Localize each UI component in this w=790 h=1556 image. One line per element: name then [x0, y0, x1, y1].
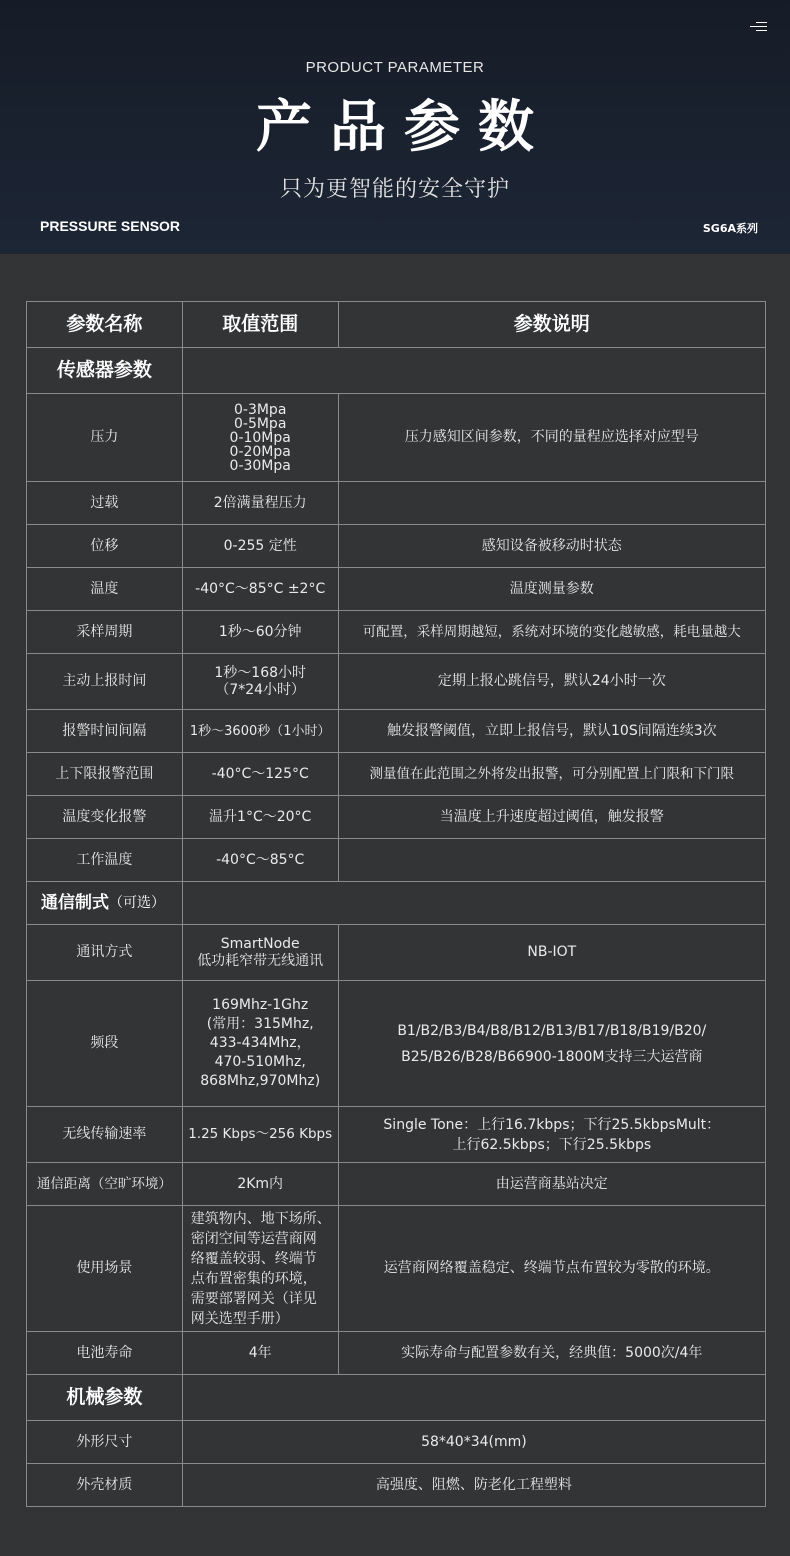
- param-desc: NB-IOT: [339, 925, 766, 980]
- table-row: 通信距离（空旷环境） 2Km内 由运营商基站决定: [27, 1163, 766, 1206]
- range-line: 0-10Mpa: [230, 431, 291, 445]
- range-line: 需要部署网关（详见: [191, 1289, 317, 1309]
- param-desc: B1/B2/B3/B4/B8/B12/B13/B17/B18/B19/B20/ …: [339, 981, 766, 1106]
- param-desc: 当温度上升速度超过阈值，触发报警: [339, 796, 766, 838]
- product-type-label: PRESSURE SENSOR: [40, 218, 180, 234]
- range-line: 1秒～168小时: [214, 665, 306, 682]
- parameter-table: 参数名称 取值范围 参数说明 传感器参数 压力 0-3Mpa 0-5Mpa 0-…: [26, 301, 766, 1507]
- param-range: 1秒～168小时 （7*24小时）: [183, 654, 339, 709]
- param-desc: 测量值在此范围之外将发出报警，可分别配置上门限和下门限: [339, 753, 766, 795]
- section-title: 通信制式（可选）: [27, 882, 183, 924]
- param-range: -40°C～85°C ±2°C: [183, 568, 339, 610]
- hero-banner: PRODUCT PARAMETER 产品参数 只为更智能的安全守护 PRESSU…: [0, 0, 790, 254]
- range-line: SmartNode: [221, 936, 300, 953]
- param-desc: 压力感知区间参数，不同的量程应选择对应型号: [339, 394, 766, 481]
- range-line: 0-5Mpa: [234, 417, 286, 431]
- section-title-text: 通信制式: [41, 895, 109, 912]
- range-line: 网关选型手册）: [191, 1309, 289, 1329]
- page-title: 产品参数: [0, 95, 790, 161]
- header-param-desc: 参数说明: [339, 302, 766, 347]
- param-name: 上下限报警范围: [27, 753, 183, 795]
- desc-line: Single Tone：上行16.7kbps；下行25.5kbpsMult：: [383, 1115, 720, 1135]
- param-name: 通信距离（空旷环境）: [27, 1163, 183, 1205]
- param-range: 1.25 Kbps～256 Kbps: [183, 1107, 339, 1162]
- param-desc: 运营商网络覆盖稳定、终端节点布置较为零散的环境。: [339, 1206, 766, 1331]
- param-range: 温升1°C～20°C: [183, 796, 339, 838]
- param-range: 4年: [183, 1332, 339, 1374]
- param-name: 工作温度: [27, 839, 183, 881]
- param-name: 位移: [27, 525, 183, 567]
- param-range: 0-3Mpa 0-5Mpa 0-10Mpa 0-20Mpa 0-30Mpa: [183, 394, 339, 481]
- param-range: 1秒～3600秒（1小时）: [183, 710, 339, 752]
- param-desc: [339, 839, 766, 881]
- hamburger-menu-icon[interactable]: [750, 20, 768, 32]
- param-name: 电池寿命: [27, 1332, 183, 1374]
- param-desc: [339, 482, 766, 524]
- desc-line: 上行62.5kbps；下行25.5kbps: [452, 1135, 651, 1155]
- range-line: (常用：315Mhz,: [207, 1015, 314, 1034]
- range-line: 点布置密集的环境，: [191, 1269, 317, 1289]
- table-row: 采样周期 1秒～60分钟 可配置，采样周期越短，系统对环境的变化越敏感，耗电量越…: [27, 611, 766, 654]
- table-row: 过载 2倍满量程压力: [27, 482, 766, 525]
- param-desc: 由运营商基站决定: [339, 1163, 766, 1205]
- range-line: 470-510Mhz,: [215, 1053, 306, 1072]
- table-row: 通讯方式 SmartNode 低功耗窄带无线通讯 NB-IOT: [27, 925, 766, 981]
- param-desc: 触发报警阈值，立即上报信号，默认10S间隔连续3次: [339, 710, 766, 752]
- section-sensor-params: 传感器参数: [27, 348, 766, 394]
- table-row: 报警时间间隔 1秒～3600秒（1小时） 触发报警阈值，立即上报信号，默认10S…: [27, 710, 766, 753]
- section-title-note: （可选）: [109, 895, 165, 912]
- param-name: 报警时间间隔: [27, 710, 183, 752]
- param-name: 采样周期: [27, 611, 183, 653]
- param-range: 2Km内: [183, 1163, 339, 1205]
- section-mechanical: 机械参数: [27, 1375, 766, 1421]
- desc-line: B1/B2/B3/B4/B8/B12/B13/B17/B18/B19/B20/: [397, 1018, 706, 1044]
- param-range: -40°C～125°C: [183, 753, 339, 795]
- param-name: 频段: [27, 981, 183, 1106]
- param-value: 高强度、阻燃、防老化工程塑料: [183, 1464, 766, 1506]
- table-row: 温度 -40°C～85°C ±2°C 温度测量参数: [27, 568, 766, 611]
- param-range: -40°C～85°C: [183, 839, 339, 881]
- section-title: 机械参数: [27, 1375, 183, 1420]
- param-desc: 可配置，采样周期越短，系统对环境的变化越敏感，耗电量越大: [339, 611, 766, 653]
- param-range: 2倍满量程压力: [183, 482, 339, 524]
- param-range: 0-255 定性: [183, 525, 339, 567]
- range-line: 0-20Mpa: [230, 445, 291, 459]
- section-communication: 通信制式（可选）: [27, 882, 766, 925]
- param-desc: 感知设备被移动时状态: [339, 525, 766, 567]
- range-line: 0-3Mpa: [234, 403, 286, 417]
- desc-line: B25/B26/B28/B66900-1800M支持三大运营商: [401, 1044, 702, 1070]
- table-header: 参数名称 取值范围 参数说明: [27, 302, 766, 348]
- param-desc: Single Tone：上行16.7kbps；下行25.5kbpsMult： 上…: [339, 1107, 766, 1162]
- range-line: 低功耗窄带无线通讯: [197, 953, 323, 970]
- param-name: 主动上报时间: [27, 654, 183, 709]
- param-name: 过载: [27, 482, 183, 524]
- hero-slogan: 只为更智能的安全守护: [0, 172, 790, 203]
- param-desc: 实际寿命与配置参数有关，经典值：5000次/4年: [339, 1332, 766, 1374]
- section-title: 传感器参数: [27, 348, 183, 393]
- table-row: 无线传输速率 1.25 Kbps～256 Kbps Single Tone：上行…: [27, 1107, 766, 1163]
- table-row: 外形尺寸 58*40*34(mm): [27, 1421, 766, 1464]
- range-line: 络覆盖较弱、终端节: [191, 1249, 317, 1269]
- range-line: 169Mhz-1Ghz: [212, 996, 308, 1015]
- param-value: 58*40*34(mm): [183, 1421, 766, 1463]
- param-range: 1秒～60分钟: [183, 611, 339, 653]
- table-row: 位移 0-255 定性 感知设备被移动时状态: [27, 525, 766, 568]
- param-name: 无线传输速率: [27, 1107, 183, 1162]
- param-range: SmartNode 低功耗窄带无线通讯: [183, 925, 339, 980]
- param-name: 温度变化报警: [27, 796, 183, 838]
- param-name: 外壳材质: [27, 1464, 183, 1506]
- range-line: 建筑物内、地下场所、: [191, 1209, 331, 1229]
- param-desc: 温度测量参数: [339, 568, 766, 610]
- table-row: 电池寿命 4年 实际寿命与配置参数有关，经典值：5000次/4年: [27, 1332, 766, 1375]
- range-line: 密闭空间等运营商网: [191, 1229, 317, 1249]
- table-row: 使用场景 建筑物内、地下场所、 密闭空间等运营商网 络覆盖较弱、终端节 点布置密…: [27, 1206, 766, 1332]
- header-value-range: 取值范围: [183, 302, 339, 347]
- table-row: 温度变化报警 温升1°C～20°C 当温度上升速度超过阈值，触发报警: [27, 796, 766, 839]
- table-row: 频段 169Mhz-1Ghz (常用：315Mhz, 433-434Mhz， 4…: [27, 981, 766, 1107]
- param-name: 压力: [27, 394, 183, 481]
- param-name: 温度: [27, 568, 183, 610]
- range-line: （7*24小时）: [215, 682, 305, 699]
- range-line: 433-434Mhz，: [210, 1034, 311, 1053]
- param-range: 建筑物内、地下场所、 密闭空间等运营商网 络覆盖较弱、终端节 点布置密集的环境，…: [183, 1206, 339, 1331]
- range-line: 0-30Mpa: [230, 459, 291, 473]
- param-name: 通讯方式: [27, 925, 183, 980]
- param-name: 外形尺寸: [27, 1421, 183, 1463]
- table-row: 主动上报时间 1秒～168小时 （7*24小时） 定期上报心跳信号，默认24小时…: [27, 654, 766, 710]
- header-param-name: 参数名称: [27, 302, 183, 347]
- table-row: 上下限报警范围 -40°C～125°C 测量值在此范围之外将发出报警，可分别配置…: [27, 753, 766, 796]
- param-name: 使用场景: [27, 1206, 183, 1331]
- table-row: 压力 0-3Mpa 0-5Mpa 0-10Mpa 0-20Mpa 0-30Mpa…: [27, 394, 766, 482]
- series-label: SG6A系列: [703, 220, 758, 236]
- param-range: 169Mhz-1Ghz (常用：315Mhz, 433-434Mhz， 470-…: [183, 981, 339, 1106]
- table-row: 工作温度 -40°C～85°C: [27, 839, 766, 882]
- table-row: 外壳材质 高强度、阻燃、防老化工程塑料: [27, 1464, 766, 1507]
- hero-subtitle-en: PRODUCT PARAMETER: [0, 59, 790, 76]
- param-desc: 定期上报心跳信号，默认24小时一次: [339, 654, 766, 709]
- range-line: 868Mhz,970Mhz): [200, 1072, 320, 1091]
